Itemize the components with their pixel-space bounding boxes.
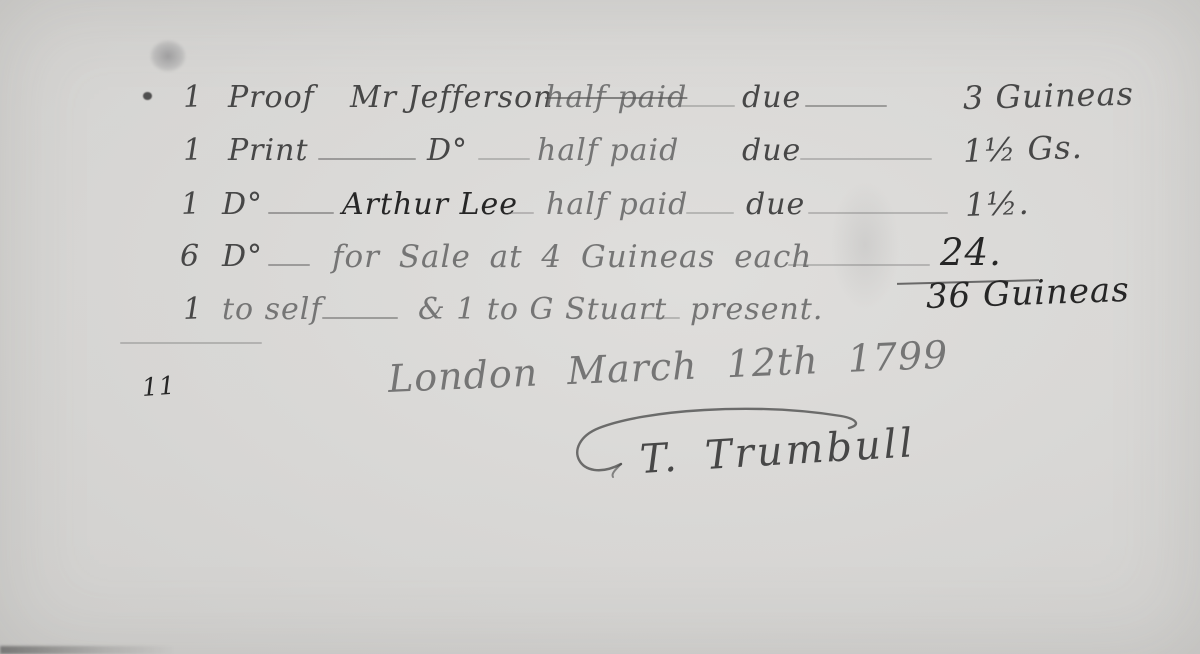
entry-qty: 1: [182, 286, 204, 333]
dash-line: [680, 105, 735, 107]
entry-qty: 6: [180, 234, 200, 280]
dateline: London March 12th 1799: [387, 328, 950, 406]
ditto-mark: D°: [222, 182, 263, 228]
dash-line: [788, 264, 930, 266]
amount-value: 3 Guineas: [962, 71, 1134, 121]
sitter-name: Mr Jefferson: [350, 75, 553, 121]
account-line-3: 1 D° Arthur Lee half paid due 1½.: [0, 182, 1200, 232]
dash-line: [686, 212, 734, 214]
entry-qty: 1: [182, 127, 204, 174]
entry-item: Print: [228, 128, 309, 174]
dash-line: [318, 158, 416, 160]
payment-status: half paid: [537, 128, 679, 174]
manuscript-page: 1 Proof Mr Jefferson half paid due 3 Gui…: [0, 0, 1200, 654]
ditto-mark: D°: [427, 128, 468, 174]
entry-description: to self: [222, 287, 323, 333]
payment-status: half paid: [546, 182, 688, 228]
dash-line: [508, 212, 534, 214]
scan-edge-smudge: [0, 646, 175, 654]
dash-line: [322, 317, 398, 319]
ditto-mark: D°: [222, 234, 263, 280]
entry-qty: 1: [180, 181, 202, 228]
payment-status: half paid: [545, 75, 687, 121]
dash-line: [478, 158, 530, 160]
due-label: due: [742, 128, 801, 174]
amount-value: 1½.: [964, 180, 1030, 228]
account-line-2: 1 Print D° half paid due 1½ Gs.: [0, 128, 1200, 178]
due-label: due: [746, 182, 805, 228]
due-label: due: [742, 75, 801, 121]
entry-description: for Sale at 4 Guineas each: [332, 234, 812, 280]
account-line-5: 1 to self & 1 to G Stuart present.: [0, 287, 1200, 337]
sitter-name: Arthur Lee: [342, 182, 518, 228]
dash-line: [268, 264, 310, 266]
dash-line: [642, 317, 680, 319]
dash-line: [805, 105, 887, 107]
amount-value: 1½ Gs.: [962, 124, 1083, 174]
entry-item: Proof: [228, 75, 315, 121]
dash-line: [800, 158, 932, 160]
ink-blot: [150, 40, 186, 72]
entry-qty: 1: [182, 74, 204, 121]
dash-line: [808, 212, 948, 214]
margin-note: 11: [141, 366, 178, 408]
margin-rule: [120, 342, 262, 344]
entry-extra: & 1 to G Stuart: [418, 287, 667, 333]
dash-line: [268, 212, 334, 214]
entry-note: present.: [690, 287, 823, 333]
account-line-1: 1 Proof Mr Jefferson half paid due 3 Gui…: [0, 75, 1200, 125]
